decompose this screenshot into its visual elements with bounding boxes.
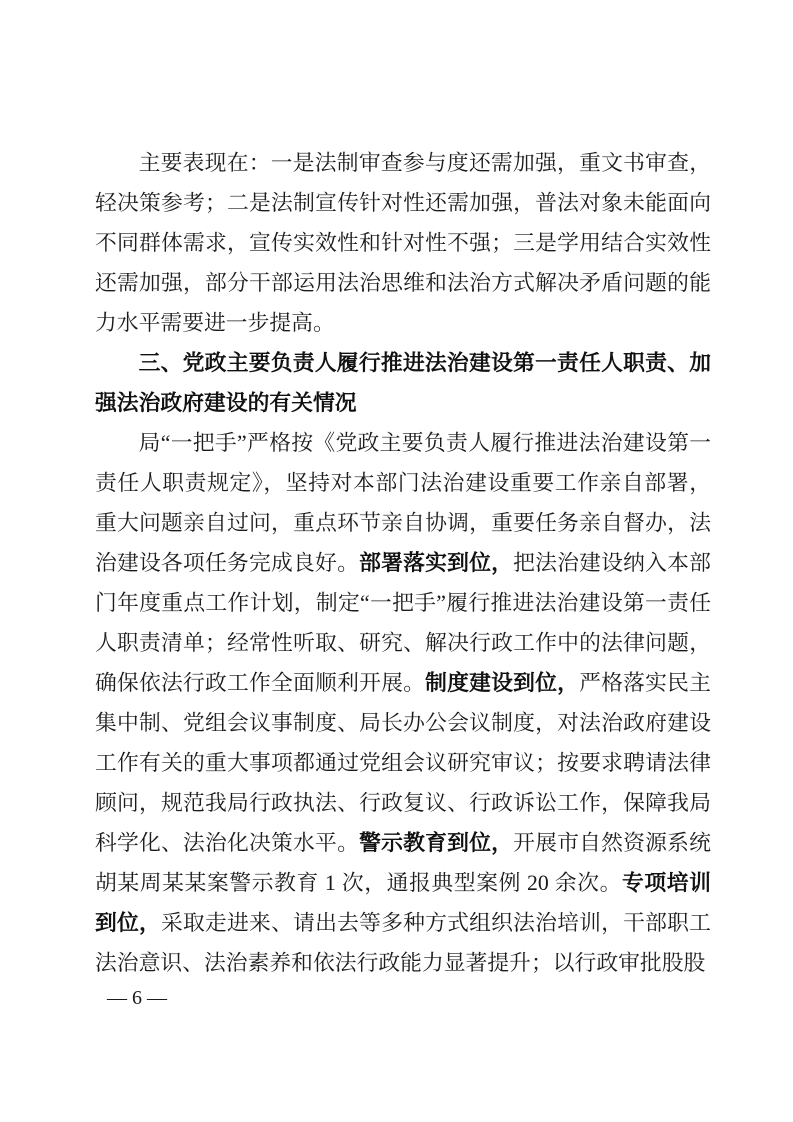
body-text: 主要表现在：一是法制审查参与度还需加强，重文书审查，轻决策参考；二是法制宣传针对… xyxy=(95,143,711,983)
paragraph-summary: 主要表现在：一是法制审查参与度还需加强，重文书审查，轻决策参考；二是法制宣传针对… xyxy=(95,143,711,343)
text-run: 采取走进来、请出去等多种方式组织法治培训，干部职工法治意识、法治素养和依法行政能… xyxy=(95,911,711,975)
text-run: 严格落实民主集中制、党组会议事制度、局长办公会议制度，对法治政府建设工作有关的重… xyxy=(95,671,711,855)
paragraph-detail: 局“一把手”严格按《党政主要负责人履行推进法治建设第一责任人职责规定》，坚持对本… xyxy=(95,423,711,983)
emphasis-phrase: 制度建设到位， xyxy=(425,671,579,695)
emphasis-phrase: 部署落实到位， xyxy=(359,551,513,575)
page-number: — 6 — xyxy=(107,983,167,1013)
section-heading: 三、党政主要负责人履行推进法治建设第一责任人职责、加强法治政府建设的有关情况 xyxy=(95,343,711,423)
document-page: 主要表现在：一是法制审查参与度还需加强，重文书审查，轻决策参考；二是法制宣传针对… xyxy=(0,0,793,1122)
emphasis-phrase: 警示教育到位， xyxy=(359,831,513,855)
